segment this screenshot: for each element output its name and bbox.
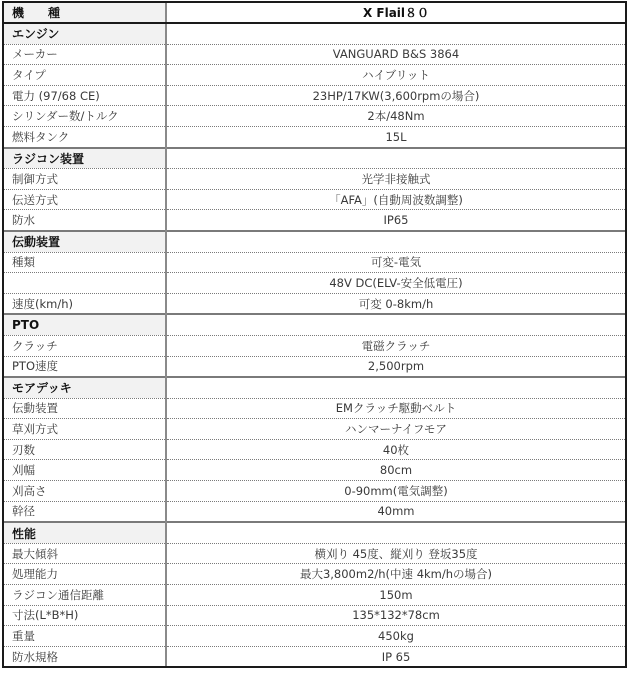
spec-table: 機 種 X Flail８０ エンジンメーカーVANGUARD B&S 3864タ… [4,3,625,666]
section-blank-cell [166,314,625,335]
spec-row: 制御方式光学非接触式 [4,169,625,190]
spec-value: 450kg [166,626,625,647]
spec-value: 150m [166,585,625,606]
spec-label: タイプ [4,65,166,86]
spec-row: ラジコン通信距離150m [4,585,625,606]
spec-value: 2,500rpm [166,356,625,377]
section-title: 伝動装置 [4,231,166,252]
section-header: 伝動装置 [4,231,625,252]
section-header: 性能 [4,522,625,543]
spec-label: ラジコン通信距離 [4,585,166,606]
spec-row: 刈幅80cm [4,460,625,481]
spec-value: 2本/48Nm [166,106,625,127]
spec-row: 重量450kg [4,626,625,647]
spec-row: 燃料タンク15L [4,126,625,147]
spec-label: 寸法(L*B*H) [4,605,166,626]
section-blank-cell [166,148,625,169]
spec-value: EMクラッチ駆動ベルト [166,398,625,419]
spec-label: 防水規格 [4,646,166,666]
spec-row: 幹径40mm [4,501,625,522]
section-blank-cell [166,231,625,252]
section-blank-cell [166,377,625,398]
spec-label: 草刈方式 [4,419,166,440]
spec-label: 電力 (97/68 CE) [4,85,166,106]
spec-value: 48V DC(ELV-安全低電圧) [166,273,625,294]
spec-label: メーカー [4,44,166,65]
section-title: モアデッキ [4,377,166,398]
spec-label: 最大傾斜 [4,543,166,564]
spec-label: 処理能力 [4,564,166,585]
spec-value: 0-90mm(電気調整) [166,481,625,502]
spec-label: 防水 [4,210,166,231]
spec-label: 刈高さ [4,481,166,502]
spec-value: 「AFA」(自動周波数調整) [166,189,625,210]
spec-value: 最大3,800m2/h(中速 4km/hの場合) [166,564,625,585]
section-title: エンジン [4,23,166,44]
spec-row: 草刈方式ハンマーナイフモア [4,419,625,440]
spec-row: 防水規格IP 65 [4,646,625,666]
spec-label: 速度(km/h) [4,293,166,314]
spec-row: 伝送方式「AFA」(自動周波数調整) [4,189,625,210]
spec-label: 燃料タンク [4,126,166,147]
spec-value: IP65 [166,210,625,231]
section-blank-cell [166,522,625,543]
section-header: エンジン [4,23,625,44]
spec-label: 伝動装置 [4,398,166,419]
section-header: PTO [4,314,625,335]
spec-value: 横刈り 45度、縦刈り 登坂35度 [166,543,625,564]
spec-value: VANGUARD B&S 3864 [166,44,625,65]
spec-value: 40mm [166,501,625,522]
spec-value: ハンマーナイフモア [166,419,625,440]
spec-label: 伝送方式 [4,189,166,210]
spec-row: 最大傾斜横刈り 45度、縦刈り 登坂35度 [4,543,625,564]
spec-row: 防水IP65 [4,210,625,231]
spec-value: 135*132*78cm [166,605,625,626]
spec-row: 伝動装置EMクラッチ駆動ベルト [4,398,625,419]
section-blank-cell [166,23,625,44]
spec-row: PTO速度2,500rpm [4,356,625,377]
section-title: ラジコン装置 [4,148,166,169]
spec-row: 刈高さ0-90mm(電気調整) [4,481,625,502]
section-title: PTO [4,314,166,335]
spec-value: 光学非接触式 [166,169,625,190]
spec-value: IP 65 [166,646,625,666]
spec-label: シリンダー数/トルク [4,106,166,127]
spec-row: タイプハイブリット [4,65,625,86]
spec-row: メーカーVANGUARD B&S 3864 [4,44,625,65]
spec-label: 刃数 [4,439,166,460]
spec-row: 寸法(L*B*H)135*132*78cm [4,605,625,626]
header-row: 機 種 X Flail８０ [4,3,625,23]
section-header: モアデッキ [4,377,625,398]
spec-label: クラッチ [4,335,166,356]
spec-value: ハイブリット [166,65,625,86]
spec-value: 80cm [166,460,625,481]
spec-label: 重量 [4,626,166,647]
spec-row: 刃数40枚 [4,439,625,460]
model-label: 機 種 [4,3,166,23]
spec-label [4,273,166,294]
spec-value: 電磁クラッチ [166,335,625,356]
spec-label: 種類 [4,252,166,273]
spec-value: 23HP/17KW(3,600rpmの場合) [166,85,625,106]
spec-label: 刈幅 [4,460,166,481]
spec-label: PTO速度 [4,356,166,377]
spec-value: 40枚 [166,439,625,460]
spec-label: 制御方式 [4,169,166,190]
spec-row: 処理能力最大3,800m2/h(中速 4km/hの場合) [4,564,625,585]
section-header: ラジコン装置 [4,148,625,169]
spec-row: クラッチ電磁クラッチ [4,335,625,356]
section-title: 性能 [4,522,166,543]
spec-value: 可変-電気 [166,252,625,273]
spec-row: 電力 (97/68 CE)23HP/17KW(3,600rpmの場合) [4,85,625,106]
spec-row: 48V DC(ELV-安全低電圧) [4,273,625,294]
spec-row: シリンダー数/トルク2本/48Nm [4,106,625,127]
spec-row: 種類可変-電気 [4,252,625,273]
spec-label: 幹径 [4,501,166,522]
model-name: X Flail８０ [166,3,625,23]
spec-value: 可変 0-8km/h [166,293,625,314]
spec-row: 速度(km/h)可変 0-8km/h [4,293,625,314]
spec-value: 15L [166,126,625,147]
spec-sheet: 機 種 X Flail８０ エンジンメーカーVANGUARD B&S 3864タ… [2,1,627,668]
